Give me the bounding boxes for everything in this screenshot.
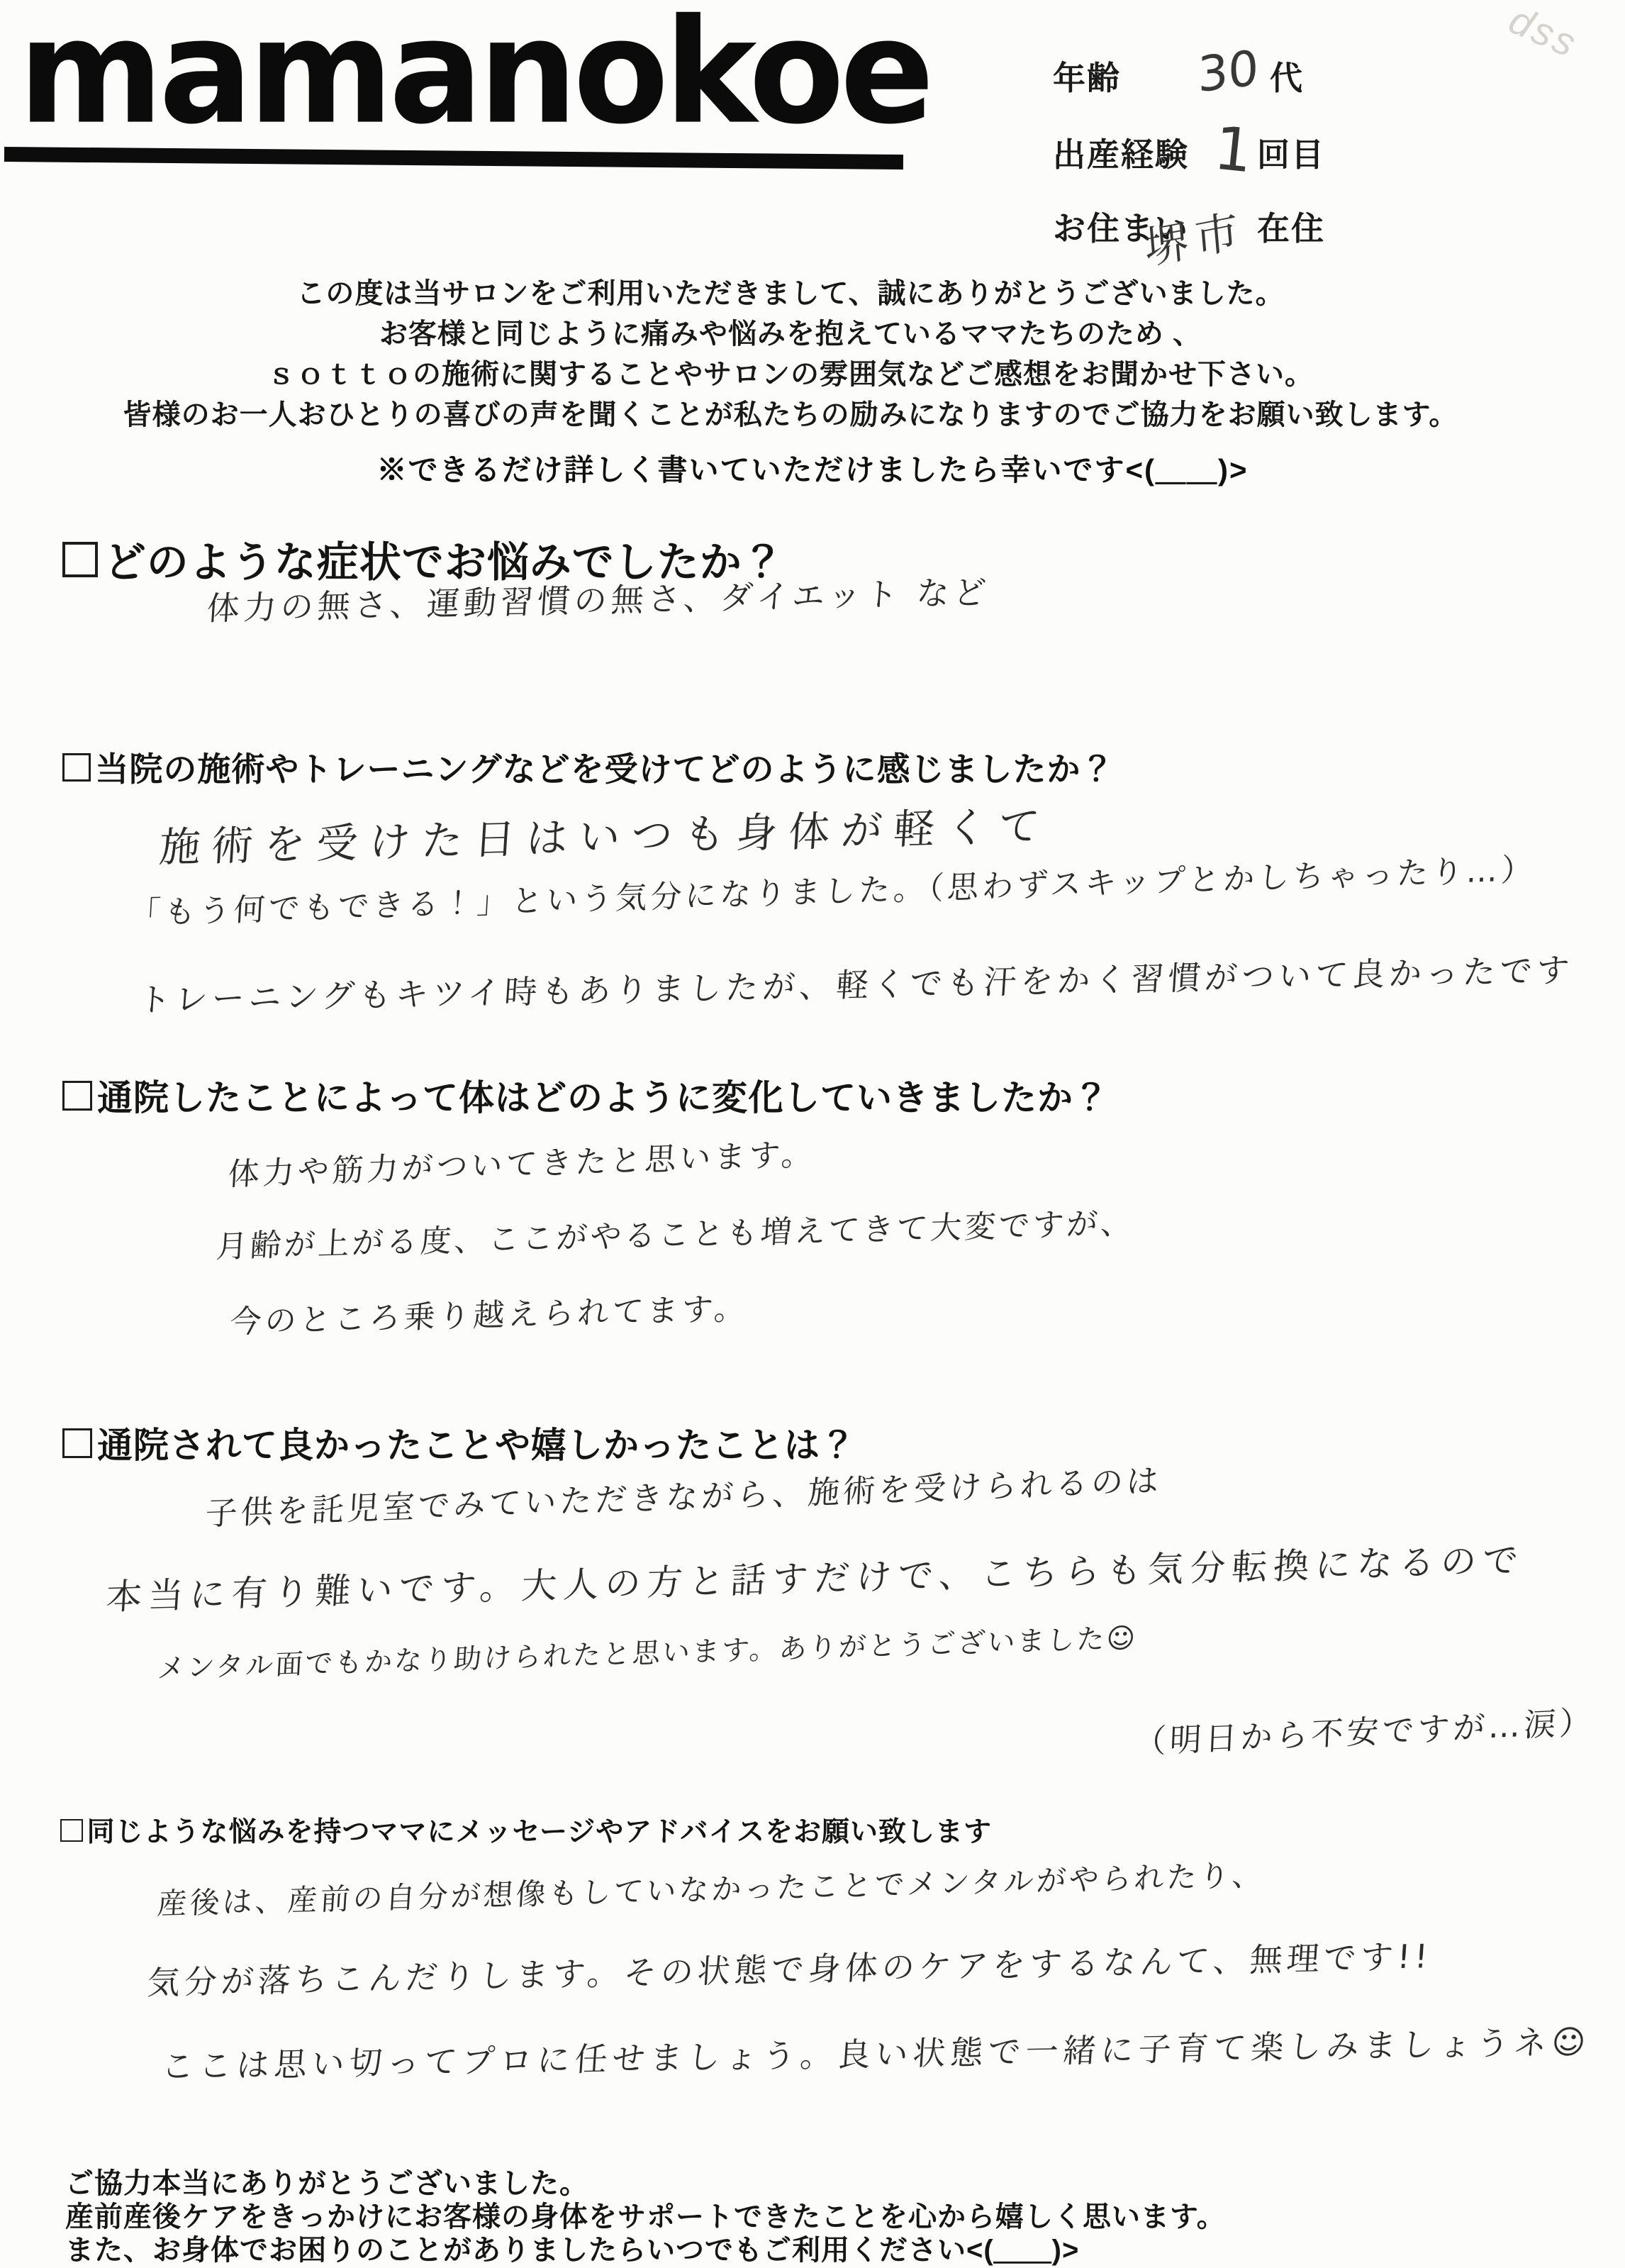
answer-good-points-line4: （明日から不安ですが…涙） (1134, 1696, 1596, 1763)
question-message-to-moms: 同じような悩みを持つママにメッセージやアドバイスをお願い致します (60, 1810, 992, 1850)
scanned-feedback-form: mamanokoe 年齢 30 代 出産経験 1 回目 お住まい 堺市 在住 d… (0, 0, 1625, 2268)
answer-message-line3: ここは思い切ってプロに任せましょう。良い状態で一緒に子育て楽しみましょうネ☺ (160, 2016, 1592, 2088)
answer-good-points-line3: メンタル面でもかなり助けられたと思います。ありがとうございました☺ (156, 1616, 1138, 1686)
answer-body-change-line1: 体力や筋力がついてきたと思います。 (227, 1128, 817, 1194)
checkbox-icon (62, 1081, 92, 1111)
question-message-to-moms-text: 同じような悩みを持つママにメッセージやアドバイスをお願い致します (87, 1817, 993, 1847)
question-good-points-text: 通院されて良かったことや嬉しかったことは？ (97, 1425, 856, 1465)
intro-line-4: 皆様のお一人おひとりの喜びの声を聞くことが私たちの励みになりますのでご協力をお願… (0, 395, 1581, 435)
profile-row-birth-experience: 出産経験 1 回目 (1053, 119, 1507, 197)
profile-row-age: 年齢 30 代 (1053, 43, 1507, 121)
profile-row-residence: お住まい 堺市 在住 (1053, 193, 1507, 271)
intro-line-2: お客様と同じように痛みや悩みを抱えているママたちのため 、 (0, 314, 1581, 355)
logo-mamanokoe: mamanokoe (18, 0, 930, 145)
birth-experience-label: 出産経験 (1053, 129, 1189, 176)
answer-message-line1: 産後は、産前の自分が想像もしていなかったことでメンタルがやられたり、 (156, 1852, 1266, 1923)
question-body-change: 通院したことによって体はどのように変化していきましたか？ (62, 1069, 1110, 1121)
age-value-handwritten: 30 (1197, 40, 1259, 104)
age-label: 年齢 (1053, 52, 1121, 99)
intro-line-3: ｓｏｔｔｏの施術に関することやサロンの雰囲気などご感想をお聞かせ下さい。 (0, 355, 1581, 395)
answer-treatment-line3: トレーニングもキツイ時もありましたが、軽くでも汗をかく習慣がついて良かったです (137, 945, 1575, 1022)
checkbox-icon (60, 1819, 83, 1842)
footer-line-3: また、お身体でお困りのことがありましたらいつでもご利用ください<(＿＿)> (65, 2234, 1590, 2267)
residence-suffix: 在住 (1257, 203, 1325, 250)
question-body-change-text: 通院したことによって体はどのように変化していきましたか？ (97, 1078, 1110, 1118)
faint-pencil-mark: dss (1502, 0, 1585, 67)
question-good-points: 通院されて良かったことや嬉しかったことは？ (62, 1417, 856, 1468)
answer-good-points-line2: 本当に有り難いです。大人の方と話すだけで、こちらも気分転換になるので (105, 1532, 1526, 1621)
checkbox-icon (62, 1428, 92, 1458)
intro-note: ※できるだけ詳しく書いていただけましたら幸いです<(＿＿)> (0, 447, 1625, 489)
birth-experience-suffix: 回目 (1257, 129, 1325, 176)
intro-line-1: この度は当サロンをご利用いただきまして、誠にありがとうございました。 (0, 274, 1581, 314)
checkbox-icon (62, 542, 98, 577)
answer-treatment-line1: 施術を受けた日はいつも身体が軽くて (157, 792, 1053, 874)
footer-line-2: 産前産後ケアをきっかけにお客様の身体をサポートできたことを心から嬉しく思います。 (65, 2201, 1590, 2234)
question-treatment-impression-text: 当院の施術やトレーニングなどを受けてどのように感じましたか？ (95, 750, 1115, 788)
birth-experience-value-handwritten: 1 (1211, 113, 1256, 186)
answer-message-line2: 気分が落ちこんだりします。その状態で身体のケアをするなんて、無理です!! (146, 1930, 1434, 2004)
answer-body-change-line3: 今のところ乗り越えられてます。 (229, 1283, 750, 1342)
question-treatment-impression: 当院の施術やトレーニングなどを受けてどのように感じましたか？ (62, 743, 1115, 791)
footer-line-1: ご協力本当にありがとうございました。 (65, 2167, 1590, 2201)
footer-thanks: ご協力本当にありがとうございました。 産前産後ケアをきっかけにお客様の身体をサポ… (65, 2167, 1590, 2267)
intro-paragraph: この度は当サロンをご利用いただきまして、誠にありがとうございました。 お客様と同… (0, 274, 1581, 435)
answer-body-change-line2: 月齢が上がる度、ここがやることも増えてきて大変ですが、 (215, 1197, 1136, 1267)
age-suffix: 代 (1270, 52, 1304, 99)
checkbox-icon (62, 753, 91, 782)
